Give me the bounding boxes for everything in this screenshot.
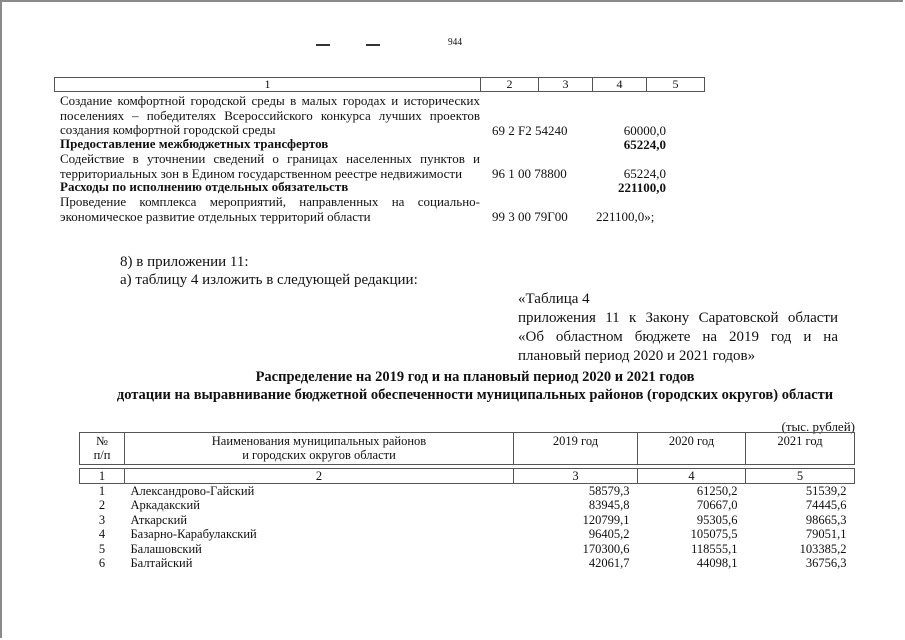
- district-name: Александрово-Гайский: [125, 484, 514, 499]
- header-name-line2: и городских округов области: [125, 448, 513, 462]
- header-2019: 2019 год: [514, 433, 638, 465]
- expense-section-title: Предоставление межбюджетных трансфертов: [60, 137, 480, 152]
- value-2019: 58579,3: [514, 484, 638, 499]
- district-name: Базарно-Карабулакский: [125, 527, 514, 541]
- table-row: 5 Балашовский 170300,6 118555,1 103385,2: [80, 542, 855, 556]
- column-number: 4: [638, 469, 746, 484]
- column-number: 3: [539, 78, 593, 92]
- row-number: 6: [80, 556, 125, 570]
- column-number: 1: [80, 469, 125, 484]
- row-number: 2: [80, 498, 125, 512]
- scan-mark: [316, 44, 330, 46]
- table-title-line2: дотации на выравнивание бюджетной обеспе…: [80, 387, 870, 404]
- expense-item-code: 99 3 00 79Г00: [492, 209, 568, 225]
- header-num-line1: №: [80, 434, 124, 448]
- value-2020: 118555,1: [638, 542, 746, 556]
- table-title-line1: Распределение на 2019 год и на плановый …: [80, 369, 870, 386]
- value-2021: 51539,2: [746, 484, 855, 499]
- header-name: Наименования муниципальных районов и гор…: [125, 433, 514, 465]
- expense-item-text: Создание комфортной городской среды в ма…: [60, 94, 480, 138]
- value-2020: 61250,2: [638, 484, 746, 499]
- table-header-row: № п/п Наименования муниципальных районов…: [80, 433, 855, 465]
- scan-mark: [366, 44, 380, 46]
- value-2019: 42061,7: [514, 556, 638, 570]
- value-2021: 98665,3: [746, 513, 855, 527]
- table-row: 2 Аркадакский 83945,8 70667,0 74445,6: [80, 498, 855, 512]
- table-row: 4 Базарно-Карабулакский 96405,2 105075,5…: [80, 527, 855, 541]
- header-2020: 2020 год: [638, 433, 746, 465]
- value-2020: 70667,0: [638, 498, 746, 512]
- page-number: 944: [448, 36, 462, 48]
- header-name-line1: Наименования муниципальных районов: [125, 434, 513, 448]
- column-number: 5: [647, 78, 705, 92]
- header-2021: 2021 год: [746, 433, 855, 465]
- value-2021: 74445,6: [746, 498, 855, 512]
- expense-item-text: Проведение комплекса мероприятий, направ…: [60, 195, 480, 224]
- value-2019: 83945,8: [514, 498, 638, 512]
- row-number: 1: [80, 484, 125, 499]
- value-2019: 170300,6: [514, 542, 638, 556]
- header-num: № п/п: [80, 433, 125, 465]
- row-number: 5: [80, 542, 125, 556]
- expense-section-amount: 65224,0: [576, 137, 666, 153]
- value-2020: 95305,6: [638, 513, 746, 527]
- header-num-line2: п/п: [80, 448, 124, 462]
- district-name: Аркадакский: [125, 498, 514, 512]
- expense-item-code: 96 1 00 78800: [492, 166, 567, 182]
- table-row: 6 Балтайский 42061,7 44098,1 36756,3: [80, 556, 855, 570]
- column-number: 1: [55, 78, 481, 92]
- column-number: 2: [125, 469, 514, 484]
- column-number: 3: [514, 469, 638, 484]
- column-number-row: 1 2 3 4 5: [80, 469, 855, 484]
- value-2020: 44098,1: [638, 556, 746, 570]
- expense-item-code: 69 2 F2 54240: [492, 123, 567, 139]
- expense-section-amount: 221100,0: [576, 180, 666, 196]
- row-number: 4: [80, 527, 125, 541]
- column-number: 4: [593, 78, 647, 92]
- expense-section-title: Расходы по исполнению отдельных обязател…: [60, 180, 480, 195]
- column-number: 2: [481, 78, 539, 92]
- district-name: Балтайский: [125, 556, 514, 570]
- value-2019: 120799,1: [514, 513, 638, 527]
- table-reference-text: приложения 11 к Закону Саратовской облас…: [518, 309, 838, 366]
- column-number: 5: [746, 469, 855, 484]
- value-2021: 79051,1: [746, 527, 855, 541]
- table-reference-label: «Таблица 4: [518, 290, 838, 309]
- row-number: 3: [80, 513, 125, 527]
- amendment-item: 8) в приложении 11:: [120, 254, 249, 271]
- expense-item-amount: 221100,0»;: [596, 209, 654, 225]
- table-row: 1 Александрово-Гайский 58579,3 61250,2 5…: [80, 484, 855, 499]
- value-2021: 103385,2: [746, 542, 855, 556]
- expense-item-text: Содействие в уточнении сведений о границ…: [60, 152, 480, 181]
- district-name: Балашовский: [125, 542, 514, 556]
- amendment-subitem: а) таблицу 4 изложить в следующей редакц…: [120, 272, 418, 289]
- distribution-table: № п/п Наименования муниципальных районов…: [79, 432, 855, 570]
- value-2019: 96405,2: [514, 527, 638, 541]
- continuation-table-header: 1 2 3 4 5: [54, 77, 705, 92]
- value-2021: 36756,3: [746, 556, 855, 570]
- value-2020: 105075,5: [638, 527, 746, 541]
- district-name: Аткарский: [125, 513, 514, 527]
- table-row: 3 Аткарский 120799,1 95305,6 98665,3: [80, 513, 855, 527]
